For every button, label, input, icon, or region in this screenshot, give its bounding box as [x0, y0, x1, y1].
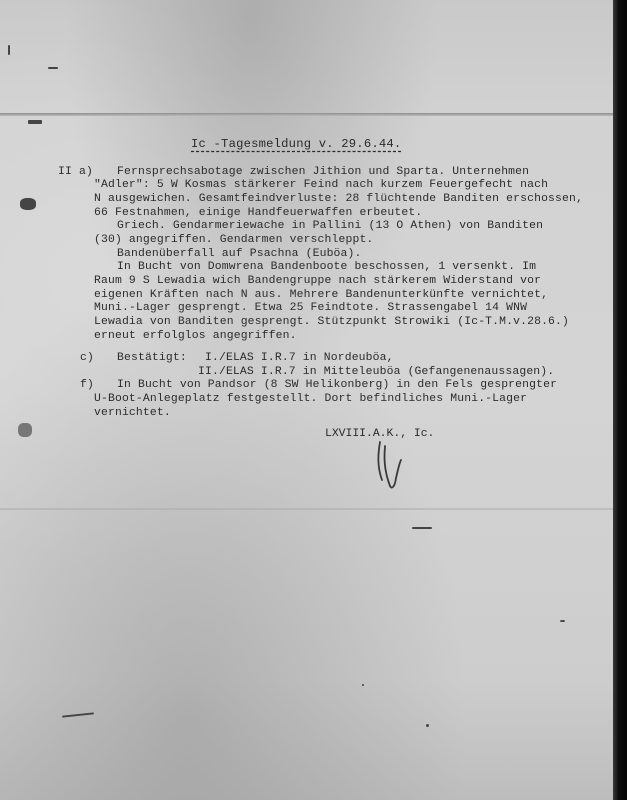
report-line: Bandenüberfall auf Psachna (Euböa). — [117, 248, 362, 260]
scan-speck — [560, 620, 565, 622]
report-line: Raum 9 S Lewadia wich Bandengruppe nach … — [94, 275, 541, 287]
signature-block: LXVIII.A.K., Ic. — [325, 428, 434, 440]
report-line: 66 Festnahmen, einige Handfeuerwaffen er… — [94, 207, 422, 219]
report-title: Ic -Tagesmeldung v. 29.6.44. — [191, 137, 401, 151]
report-line: Lewadia von Banditen gesprengt. Stützpun… — [94, 316, 569, 328]
punch-hole-mark — [18, 423, 32, 437]
report-line: N ausgewichen. Gesamtfeindverluste: 28 f… — [94, 193, 583, 205]
report-line: Muni.-Lager gesprengt. Etwa 25 Feindtote… — [94, 302, 527, 314]
scan-speck — [48, 67, 58, 69]
report-line: U-Boot-Anlegeplatz festgestellt. Dort be… — [94, 393, 527, 405]
scan-speck — [412, 527, 432, 529]
handwritten-signature — [372, 440, 412, 495]
scan-speck — [8, 45, 10, 55]
section-heading: Bestätigt: — [117, 352, 187, 364]
sheet-top-edge — [0, 113, 613, 116]
report-line: In Bucht von Domwrena Bandenboote bescho… — [117, 261, 536, 273]
sheet-crease — [0, 508, 613, 510]
report-line: eigenen Kräften nach N aus. Mehrere Band… — [94, 289, 548, 301]
scan-speck — [426, 724, 429, 727]
report-line: In Bucht von Pandsor (8 SW Helikonberg) … — [117, 379, 557, 391]
report-line: Griech. Gendarmeriewache in Pallini (13 … — [117, 220, 543, 232]
report-line: I./ELAS I.R.7 in Nordeuböa, — [205, 352, 394, 364]
report-line: "Adler": 5 W Kosmas stärkerer Feind nach… — [94, 179, 548, 191]
scan-right-edge-shadow — [613, 0, 627, 800]
report-line: vernichtet. — [94, 407, 171, 419]
punch-hole-mark — [20, 198, 36, 210]
report-line: Fernsprechsabotage zwischen Jithion und … — [117, 166, 529, 178]
report-line: (30) angegriffen. Gendarmen verschleppt. — [94, 234, 373, 246]
scan-speck — [362, 684, 364, 686]
section-label: f) — [80, 379, 94, 391]
report-line: II./ELAS I.R.7 in Mitteleuböa (Gefangene… — [198, 366, 554, 378]
scan-speck — [28, 120, 42, 124]
section-label: c) — [80, 352, 94, 364]
section-label: II a) — [58, 166, 93, 178]
report-line: erneut erfolglos angegriffen. — [94, 330, 297, 342]
